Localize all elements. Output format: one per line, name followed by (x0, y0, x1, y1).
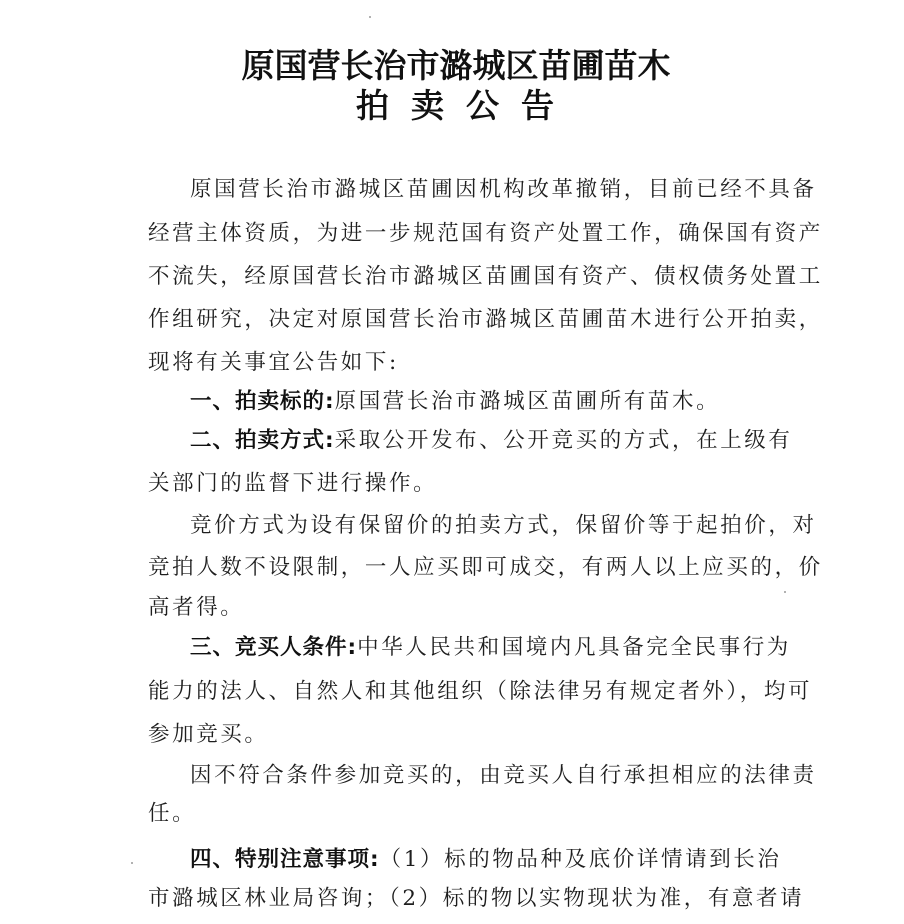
scan-speck (131, 862, 133, 864)
section-3-line-1: 三、竞买人条件:中华人民共和国境内凡具备完全民事行为 (190, 633, 791, 663)
scan-speck (369, 16, 371, 18)
section-3-line-3: 参加竞买。 (148, 720, 269, 750)
section-3-line-2: 能力的法人、自然人和其他组织（除法律另有规定者外），均可 (148, 677, 812, 707)
section-2-heading: 二、拍卖方式: (190, 428, 335, 453)
document-subtitle: 拍卖公告 (14, 84, 904, 128)
intro-line-4: 作组研究，决定对原国营长治市潞城区苗圃苗木进行公开拍卖， (148, 305, 823, 335)
section-2-line-2: 关部门的监督下进行操作。 (148, 469, 437, 499)
section-2-note-line-3: 高者得。 (148, 593, 244, 623)
section-1-text: 原国营长治市潞城区苗圃所有苗木。 (335, 389, 721, 414)
intro-line-3: 不流失，经原国营长治市潞城区苗圃国有资产、债权债务处置工 (148, 262, 823, 292)
document-page: 原国营长治市潞城区苗圃苗木 拍卖公告 原国营长治市潞城区苗圃因机构改革撤销，目前… (0, 0, 904, 924)
intro-line-1: 原国营长治市潞城区苗圃因机构改革撤销，目前已经不具备 (190, 175, 817, 205)
section-3-heading: 三、竞买人条件: (190, 635, 357, 660)
section-1-heading: 一、拍卖标的: (190, 389, 335, 414)
section-4-text: （1）标的物品种及底价详情请到长治 (380, 847, 782, 872)
section-3-text: 中华人民共和国境内凡具备完全民事行为 (357, 635, 791, 660)
section-4-line-2: 市潞城区林业局咨询；（2）标的物以实物现状为准，有意者请 (148, 884, 804, 914)
section-3-note-line-1: 因不符合条件参加竞买的，由竞买人自行承担相应的法律责 (190, 761, 817, 791)
section-4-heading: 四、特别注意事项: (190, 847, 380, 872)
section-2-text: 采取公开发布、公开竞买的方式，在上级有 (335, 428, 793, 453)
section-2-line-1: 二、拍卖方式:采取公开发布、公开竞买的方式，在上级有 (190, 426, 793, 456)
document-title: 原国营长治市潞城区苗圃苗木 (4, 44, 904, 88)
intro-line-5: 现将有关事宜公告如下: (148, 348, 399, 378)
intro-line-2: 经营主体资质，为进一步规范国有资产处置工作，确保国有资产 (148, 219, 823, 249)
section-2-note-line-1: 竞价方式为设有保留价的拍卖方式，保留价等于起拍价，对 (190, 511, 817, 541)
section-2-note-line-2: 竞拍人数不设限制，一人应买即可成交，有两人以上应买的，价 (148, 553, 823, 583)
section-3-note-line-2: 任。 (148, 799, 196, 829)
section-4-line-1: 四、特别注意事项:（1）标的物品种及底价详情请到长治 (190, 845, 782, 875)
scan-speck (784, 591, 786, 593)
section-1-line-1: 一、拍卖标的:原国营长治市潞城区苗圃所有苗木。 (190, 387, 720, 417)
